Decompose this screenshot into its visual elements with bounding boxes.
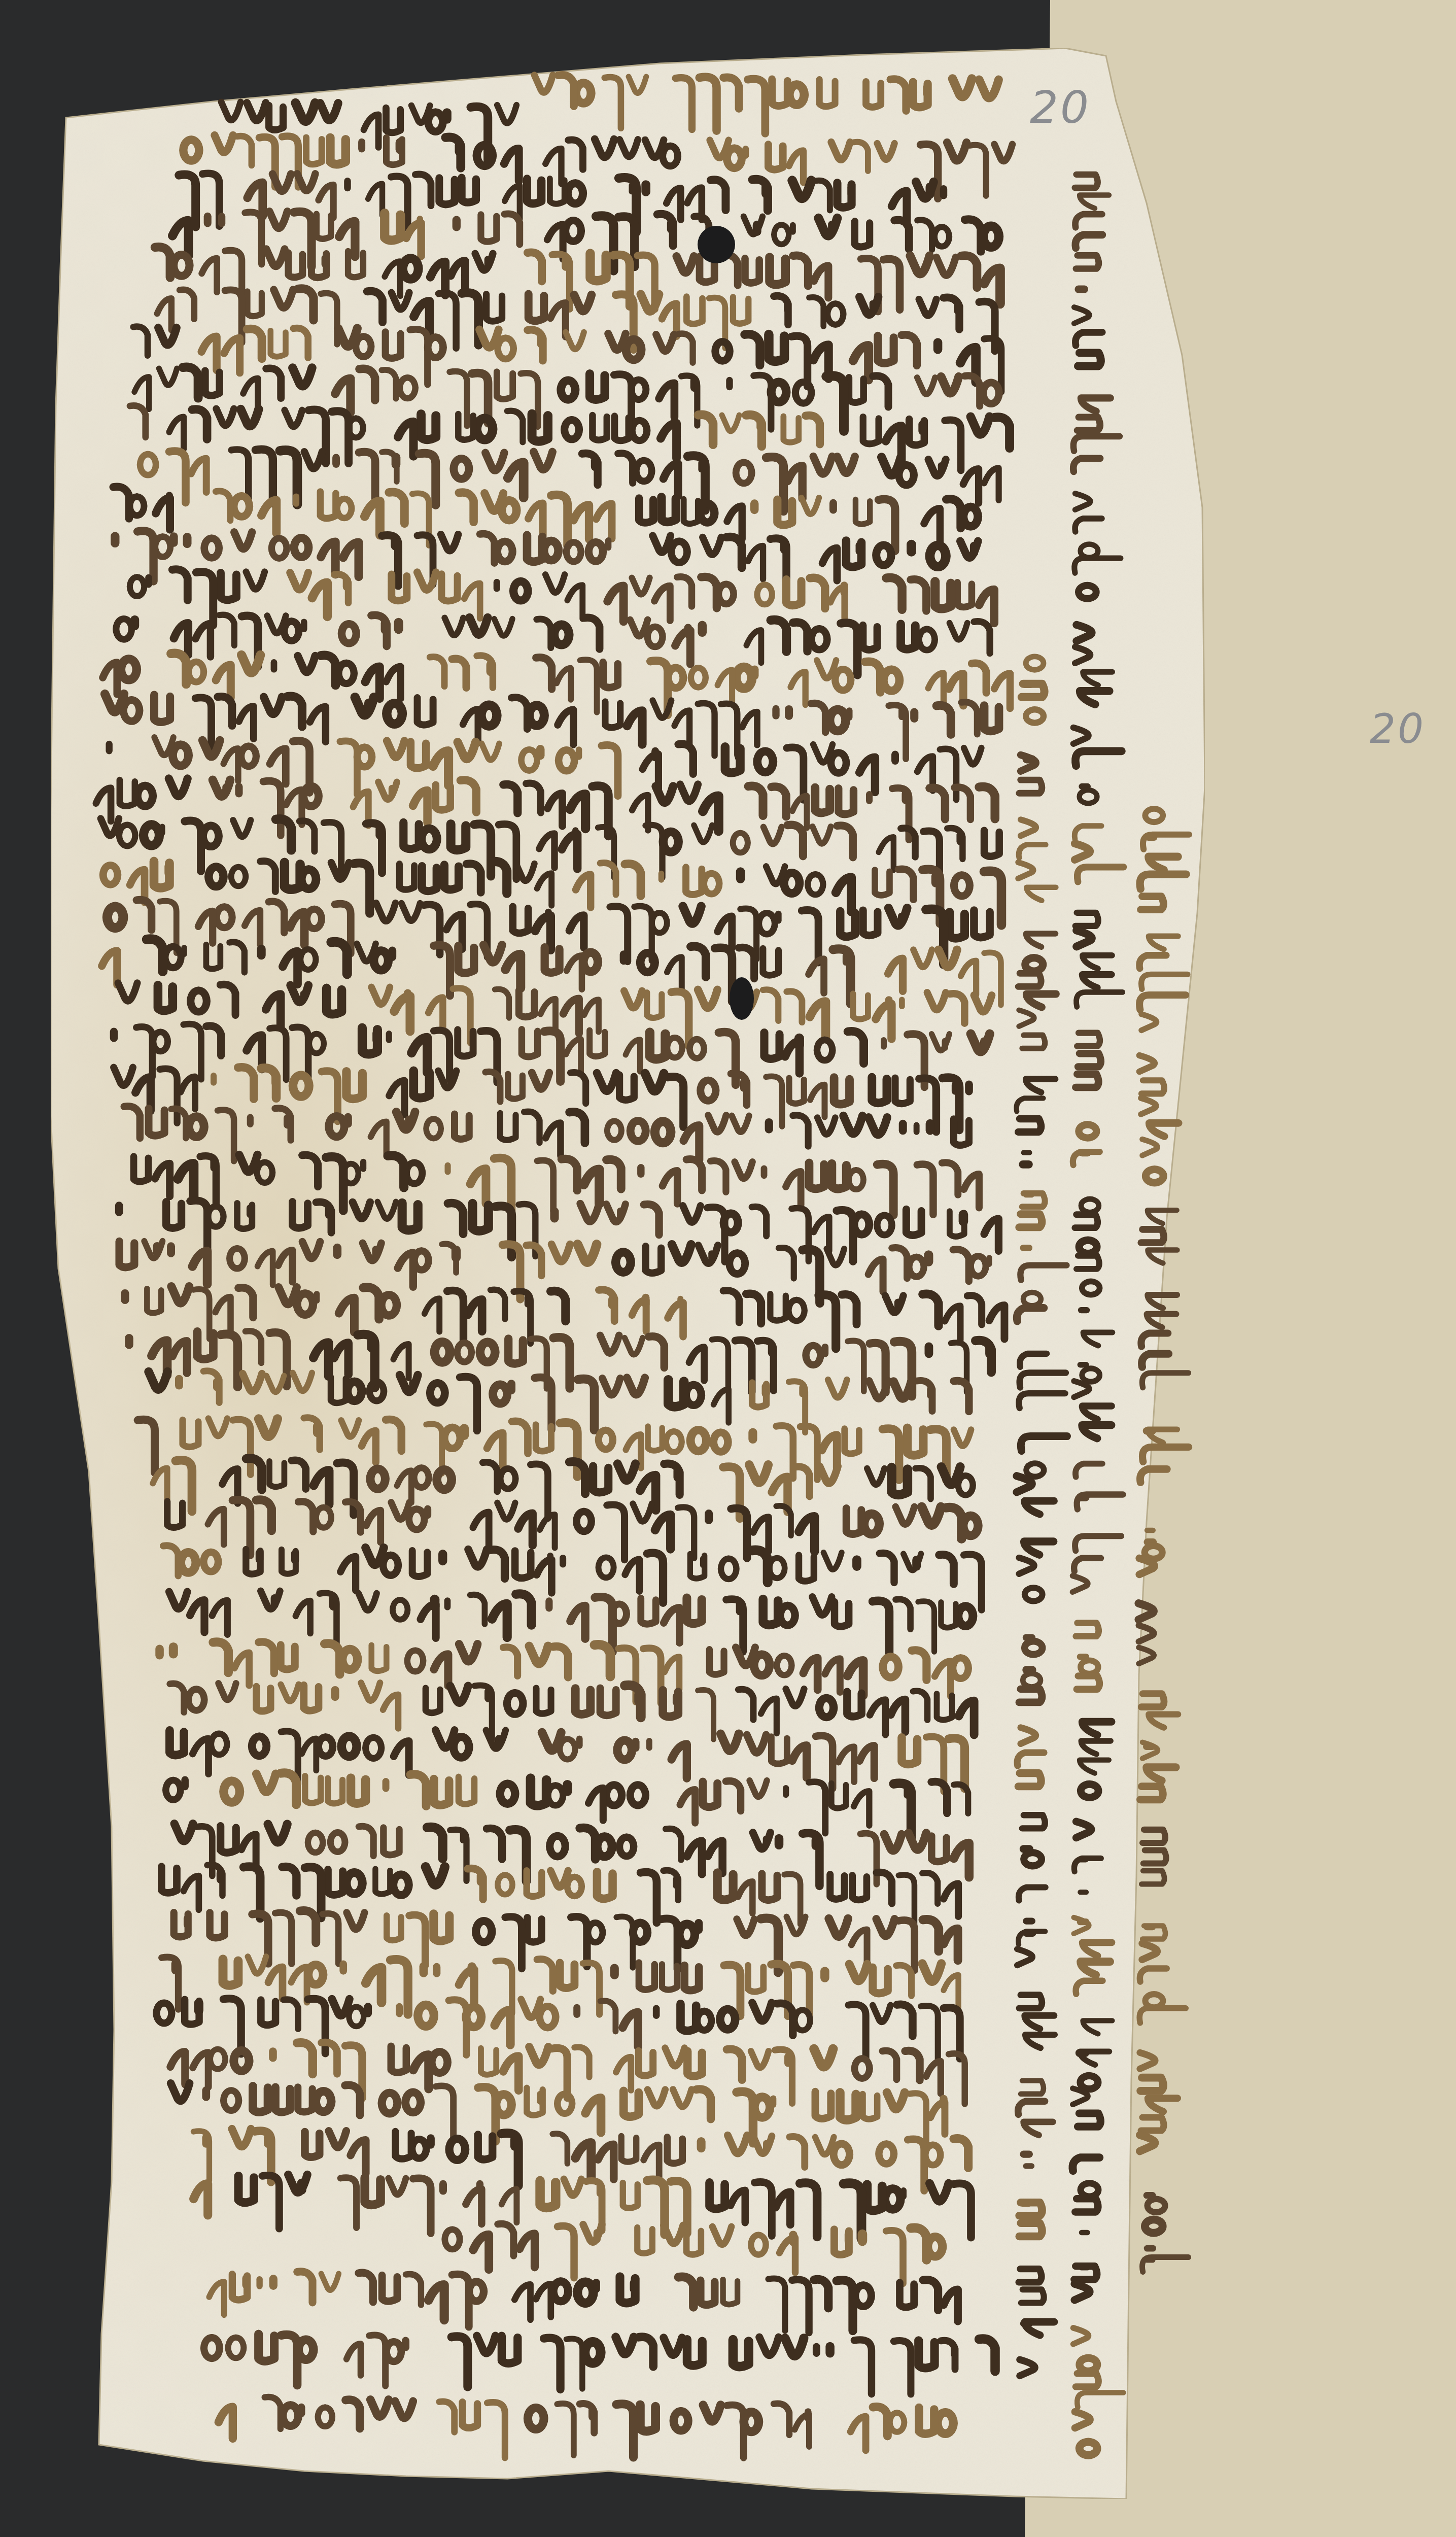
parchment-hole: [730, 977, 754, 1020]
manuscript-scene: [0, 0, 1456, 2537]
folio-number-board: 20: [1370, 705, 1426, 752]
folio-number-parchment: 20: [1030, 81, 1091, 133]
parchment-hole: [698, 226, 735, 263]
